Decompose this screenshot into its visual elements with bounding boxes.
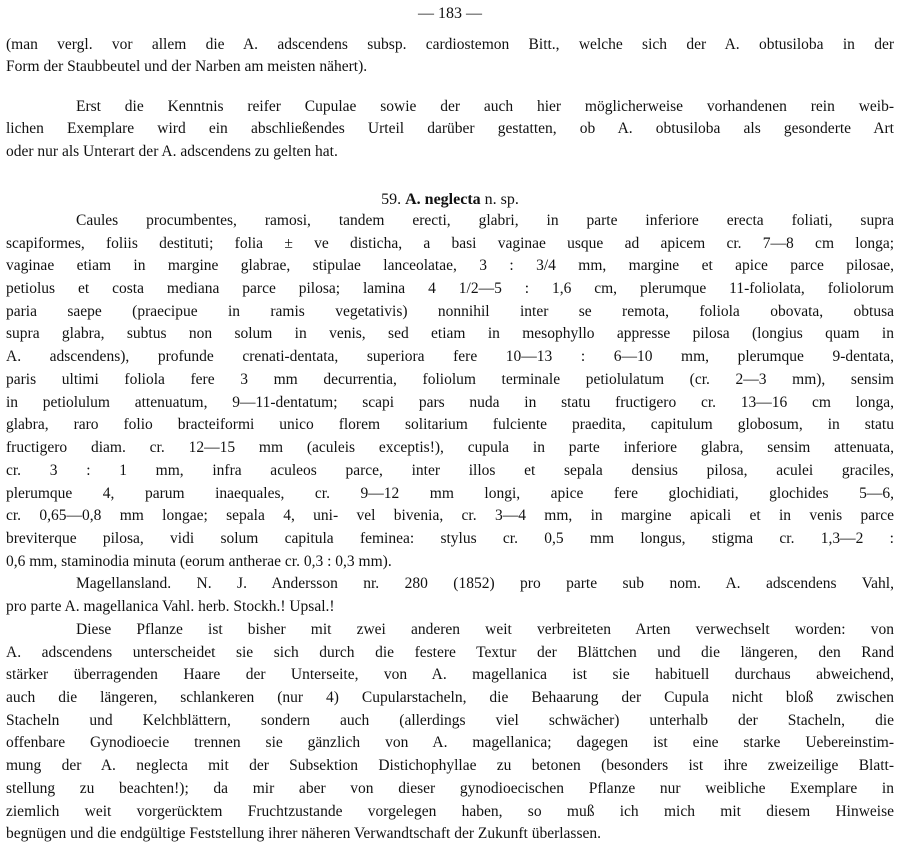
text-line: oder nur als Unterart der A. adscendens …: [6, 142, 894, 162]
text-line: in petiolulum attenuatum, 9—11-dentatum;…: [6, 393, 894, 413]
text-line: Erst die Kenntnis reifer Cupulae sowie d…: [6, 97, 894, 117]
text-line: begnügen und die endgültige Feststellung…: [6, 824, 894, 844]
species-suffix: n. sp.: [485, 191, 519, 208]
text-line: glabra, raro folio bracteiformi unico fl…: [6, 415, 894, 435]
text-line: Diese Pflanze ist bisher mit zwei andere…: [6, 620, 894, 640]
text-line: paria saepe (praecipue in ramis vegetati…: [6, 302, 894, 322]
text-line: 0,6 mm, staminodia minuta (eorum anthera…: [6, 552, 894, 572]
text-line: A. adscendens), profunde crenati-dentata…: [6, 347, 894, 367]
text-line: stellung zu beachten!); da mir aber von …: [6, 779, 894, 799]
text-line: ziemlich weit vorgerücktem Fruchtzustand…: [6, 802, 894, 822]
species-heading: 59. A. neglecta n. sp.: [0, 190, 900, 210]
text-line: auch die längeren, schlankeren (nur 4) C…: [6, 688, 894, 708]
text-line: (man vergl. vor allem die A. adscendens …: [6, 35, 894, 55]
document-page: — 183 — (man vergl. vor allem die A. ads…: [0, 0, 900, 866]
text-line: Magellansland. N. J. Andersson nr. 280 (…: [6, 574, 894, 594]
page-number: — 183 —: [0, 4, 900, 24]
text-line: offenbare Gynodioecie trennen sie gänzli…: [6, 733, 894, 753]
text-line: plerumque 4, parum inaequales, cr. 9—12 …: [6, 484, 894, 504]
text-line: vaginae etiam in margine glabrae, stipul…: [6, 256, 894, 276]
text-line: scapiformes, foliis destituti; folia ± v…: [6, 234, 894, 254]
text-line: petiolus et costa mediana parce pilosa; …: [6, 279, 894, 299]
text-line: stärker überragenden Haare der Unterseit…: [6, 665, 894, 685]
text-line: fructigero diam. cr. 12—15 mm (aculeis e…: [6, 438, 894, 458]
text-line: lichen Exemplare wird ein abschließendes…: [6, 119, 894, 139]
species-name: A. neglecta: [405, 191, 481, 208]
text-line: cr. 0,65—0,8 mm longae; sepala 4, uni- v…: [6, 506, 894, 526]
text-line: paris ultimi foliola fere 3 mm decurrent…: [6, 370, 894, 390]
text-line: mung der A. neglecta mit der Subsektion …: [6, 756, 894, 776]
text-line: Stacheln und Kelchblättern, sondern auch…: [6, 711, 894, 731]
text-line: Caules procumbentes, ramosi, tandem erec…: [6, 211, 894, 231]
text-line: supra glabra, subtus non solum in venis,…: [6, 324, 894, 344]
species-number: 59.: [381, 191, 401, 208]
text-line: cr. 3 : 1 mm, infra aculeos parce, inter…: [6, 461, 894, 481]
text-line: breviterque pilosa, vidi solum capitula …: [6, 529, 894, 549]
text-line: Form der Staubbeutel und der Narben am m…: [6, 57, 894, 77]
text-line: pro parte A. magellanica Vahl. herb. Sto…: [6, 597, 894, 617]
text-line: A. adscendens unterscheidet sie sich dur…: [6, 643, 894, 663]
